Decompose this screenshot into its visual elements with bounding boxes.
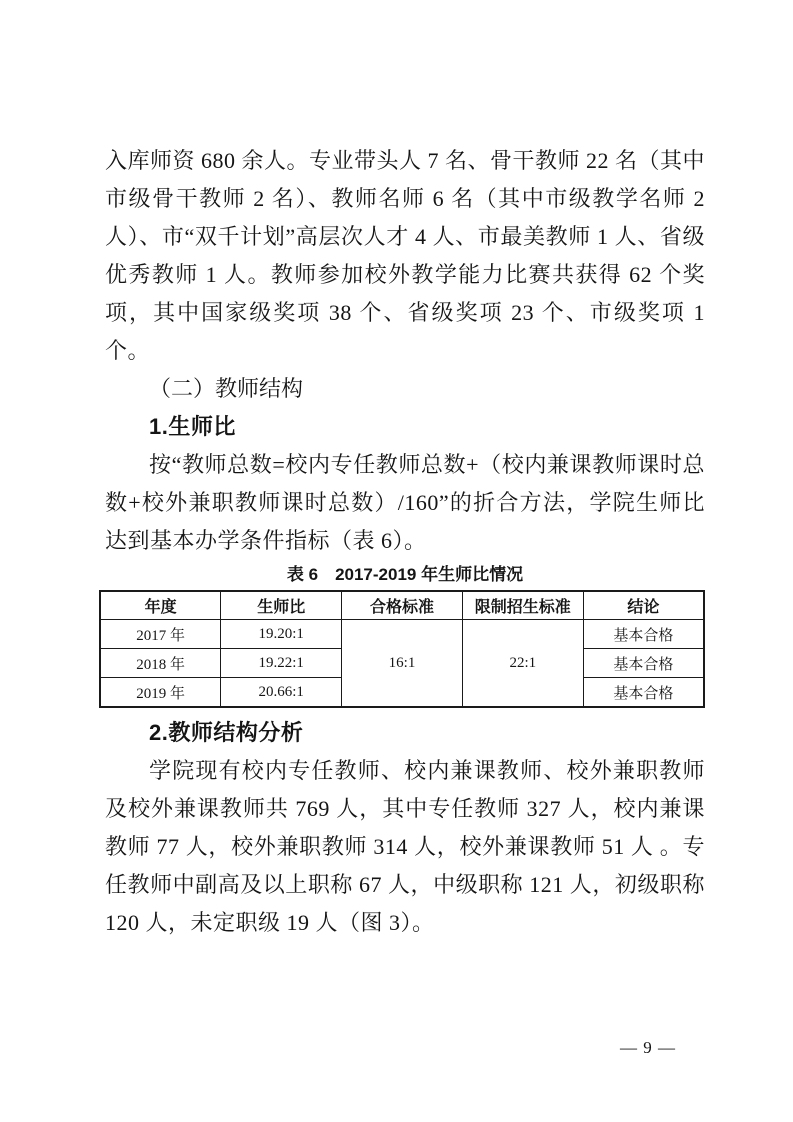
col-header-qualified-standard: 合格标准	[342, 591, 463, 620]
cell-year: 2018 年	[100, 649, 221, 678]
document-page: 入库师资 680 余人。专业带头人 7 名、骨干教师 22 名（其中市级骨干教师…	[0, 0, 793, 1122]
section-heading-teacher-structure: （二）教师结构	[105, 370, 705, 408]
cell-conclusion: 基本合格	[583, 649, 704, 678]
page-number: — 9 —	[598, 1036, 698, 1060]
cell-conclusion: 基本合格	[583, 620, 704, 649]
subheading-student-teacher-ratio: 1.生师比	[105, 408, 705, 446]
subheading-teacher-structure-analysis: 2.教师结构分析	[105, 714, 705, 752]
cell-year: 2017 年	[100, 620, 221, 649]
col-header-restricted-standard: 限制招生标准	[462, 591, 583, 620]
paragraph-teacher-resources: 入库师资 680 余人。专业带头人 7 名、骨干教师 22 名（其中市级骨干教师…	[105, 142, 705, 370]
page-content: 入库师资 680 余人。专业带头人 7 名、骨干教师 22 名（其中市级骨干教师…	[105, 142, 705, 942]
cell-restricted-standard: 22:1	[462, 620, 583, 708]
col-header-ratio: 生师比	[221, 591, 342, 620]
paragraph-ratio-method: 按“教师总数=校内专任教师总数+（校内兼课教师课时总数+校外兼职教师课时总数）/…	[105, 446, 705, 560]
paragraph-teacher-structure-analysis: 学院现有校内专任教师、校内兼课教师、校外兼职教师及校外兼课教师共 769 人，其…	[105, 752, 705, 942]
cell-ratio: 19.22:1	[221, 649, 342, 678]
table-header-row: 年度 生师比 合格标准 限制招生标准 结论	[100, 591, 704, 620]
cell-qualified-standard: 16:1	[342, 620, 463, 708]
table6-student-teacher-ratio: 年度 生师比 合格标准 限制招生标准 结论 2017 年 19.20:1 16:…	[99, 590, 705, 708]
col-header-conclusion: 结论	[583, 591, 704, 620]
table6-caption: 表 6 2017-2019 年生师比情况	[105, 560, 705, 590]
cell-year: 2019 年	[100, 678, 221, 708]
cell-ratio: 20.66:1	[221, 678, 342, 708]
cell-conclusion: 基本合格	[583, 678, 704, 708]
cell-ratio: 19.20:1	[221, 620, 342, 649]
table-row: 2017 年 19.20:1 16:1 22:1 基本合格	[100, 620, 704, 649]
col-header-year: 年度	[100, 591, 221, 620]
